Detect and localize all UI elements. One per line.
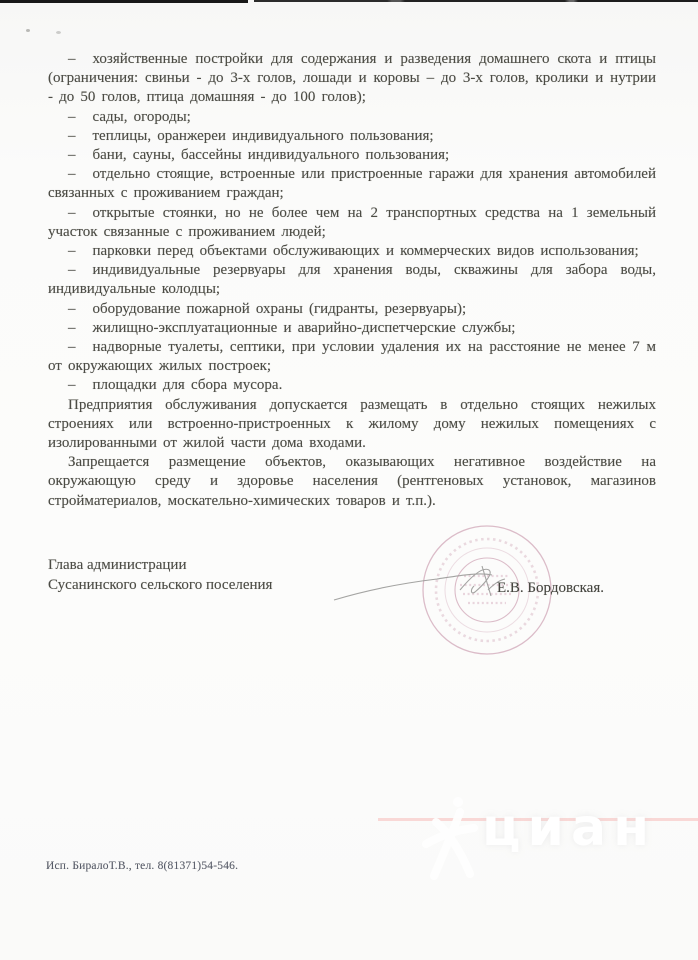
watermark-person-icon [420, 792, 484, 884]
list-marker: – [68, 377, 93, 393]
scan-speck [56, 31, 61, 34]
paragraph: Предприятия обслуживания допускается раз… [48, 396, 656, 454]
signee-name: Е.В. Бордовская. [497, 580, 604, 597]
list-item: –сады, огороды; [48, 108, 656, 127]
list-marker: – [68, 301, 93, 317]
signature-title: Глава администрации [48, 556, 348, 576]
signature-subtitle: Сусанинского сельского поселения [48, 576, 348, 596]
scan-edge-top-left [0, 0, 248, 3]
list-marker: – [68, 128, 93, 144]
list-item: –индивидуальные резервуары для хранения … [48, 261, 656, 299]
list-marker: – [68, 166, 93, 182]
list-item: –оборудование пожарной охраны (гидранты,… [48, 300, 656, 319]
list-marker: – [68, 320, 93, 336]
list-item-text: сады, огороды; [93, 109, 191, 125]
list-item-text: открытые стоянки, но не более чем на 2 т… [48, 205, 656, 240]
list-marker: – [68, 205, 93, 221]
list-item: –надворные туалеты, септики, при условии… [48, 338, 656, 376]
list-item-text: оборудование пожарной охраны (гидранты, … [93, 301, 467, 317]
watermark-text: циан [482, 798, 656, 858]
list-item-text: жилищно-эксплуатационные и аварийно-дисп… [93, 320, 516, 336]
list-item: –отдельно стоящие, встроенные или пристр… [48, 165, 656, 203]
list-item: –открытые стоянки, но не более чем на 2 … [48, 204, 656, 242]
list-item-text: надворные туалеты, септики, при условии … [48, 339, 656, 374]
list-item-text: площадки для сбора мусора. [93, 377, 283, 393]
list-marker: – [68, 262, 93, 278]
scan-speck [26, 29, 30, 32]
list-marker: – [68, 109, 93, 125]
list-item: –бани, сауны, бассейны индивидуального п… [48, 146, 656, 165]
list-marker: – [68, 147, 93, 163]
scanned-document-page: { "page": { "background": "#fbfbfa", "te… [0, 0, 698, 960]
list-marker: – [68, 51, 93, 67]
list-item-text: индивидуальные резервуары для хранения в… [48, 262, 656, 297]
list-item: –парковки перед объектами обслуживающих … [48, 242, 656, 261]
list-item-text: парковки перед объектами обслуживающих и… [93, 243, 639, 259]
list-marker: – [68, 243, 93, 259]
list-item: –теплицы, оранжереи индивидуального поль… [48, 127, 656, 146]
list-item-text: теплицы, оранжереи индивидуального польз… [93, 128, 434, 144]
document-text: –хозяйственные постройки для содержания … [48, 50, 656, 511]
list-item-text: хозяйственные постройки для содержания и… [48, 51, 656, 105]
signature-title-block: Глава администрации Сусанинского сельско… [48, 556, 348, 595]
list-item: –хозяйственные постройки для содержания … [48, 50, 656, 108]
footer-note: Исп. БиралоТ.В., тел. 8(81371)54-546. [46, 860, 238, 872]
signature-stroke-icon [334, 566, 505, 600]
list-item-text: отдельно стоящие, встроенные или пристро… [48, 166, 656, 201]
scan-edge-top-right [254, 0, 698, 2]
list-marker: – [68, 339, 93, 355]
list-item: –жилищно-эксплуатационные и аварийно-дис… [48, 319, 656, 338]
list-item: –площадки для сбора мусора. [48, 376, 656, 395]
list-item-text: бани, сауны, бассейны индивидуального по… [93, 147, 450, 163]
